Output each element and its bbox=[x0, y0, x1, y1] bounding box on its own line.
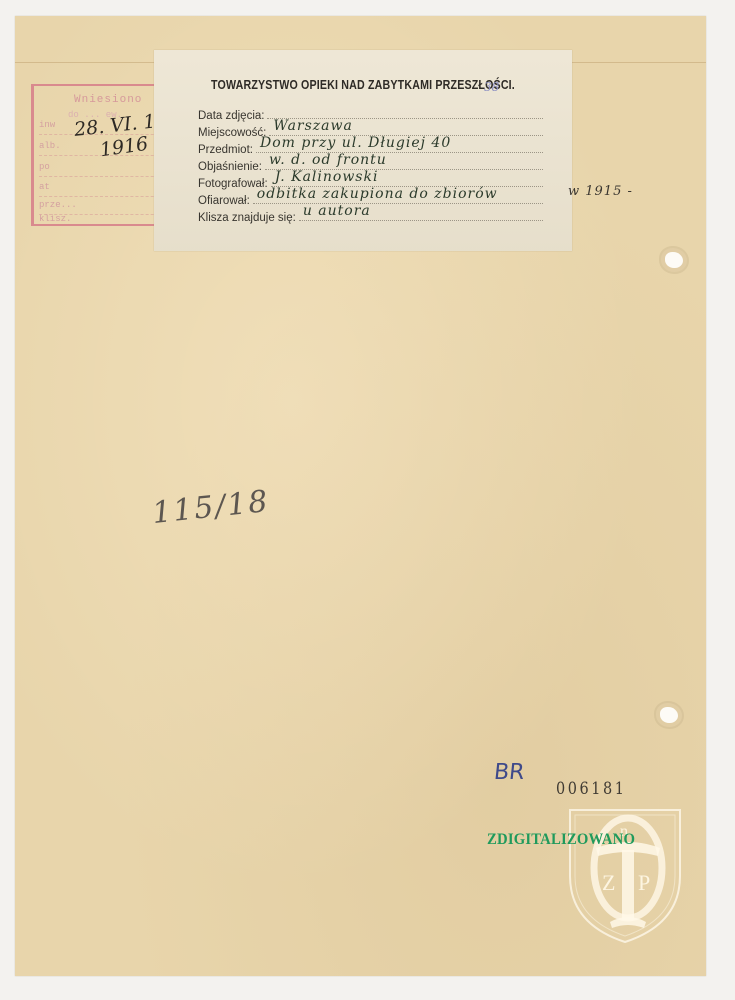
stamp-handwritten-year: 1916 bbox=[99, 135, 150, 161]
handwritten-explanation: w. d. od frontu bbox=[269, 152, 387, 168]
margin-note-number: 38 bbox=[484, 80, 499, 94]
catalogue-label: TOWARZYSTWO OPIEKI NAD ZABYTKAMI PRZESZŁ… bbox=[154, 50, 572, 251]
handwritten-year-note: w 1915 - bbox=[568, 184, 633, 199]
inventory-number: 006181 bbox=[556, 779, 626, 799]
digitized-stamp: ZDIGITALIZOWANO bbox=[487, 831, 635, 849]
punch-hole-top bbox=[665, 252, 683, 268]
field-date: Data zdjęcia: bbox=[198, 106, 543, 122]
svg-text:P: P bbox=[638, 870, 650, 895]
edge-notch bbox=[715, 68, 731, 84]
handwritten-negative-location: u autora bbox=[303, 203, 371, 219]
stamp-title: Wniesiono bbox=[74, 94, 142, 106]
handwritten-location: Warszawa bbox=[273, 118, 352, 134]
handwritten-donor: odbitka zakupiona do zbiorów bbox=[257, 186, 498, 202]
label-title: TOWARZYSTWO OPIEKI NAD ZABYTKAMI PRZESZŁ… bbox=[192, 77, 535, 92]
embossed-shield-watermark-icon: Z P n bbox=[566, 806, 684, 946]
handwritten-photographer: J. Kalinowski bbox=[275, 169, 379, 185]
field-negative-location: Klisza znajduje się: u autora bbox=[198, 208, 543, 224]
br-handwritten-mark: BR bbox=[493, 760, 526, 785]
svg-text:Z: Z bbox=[602, 870, 615, 895]
handwritten-subject: Dom przy ul. Długiej 40 bbox=[260, 135, 451, 151]
punch-hole-bottom bbox=[660, 707, 678, 723]
